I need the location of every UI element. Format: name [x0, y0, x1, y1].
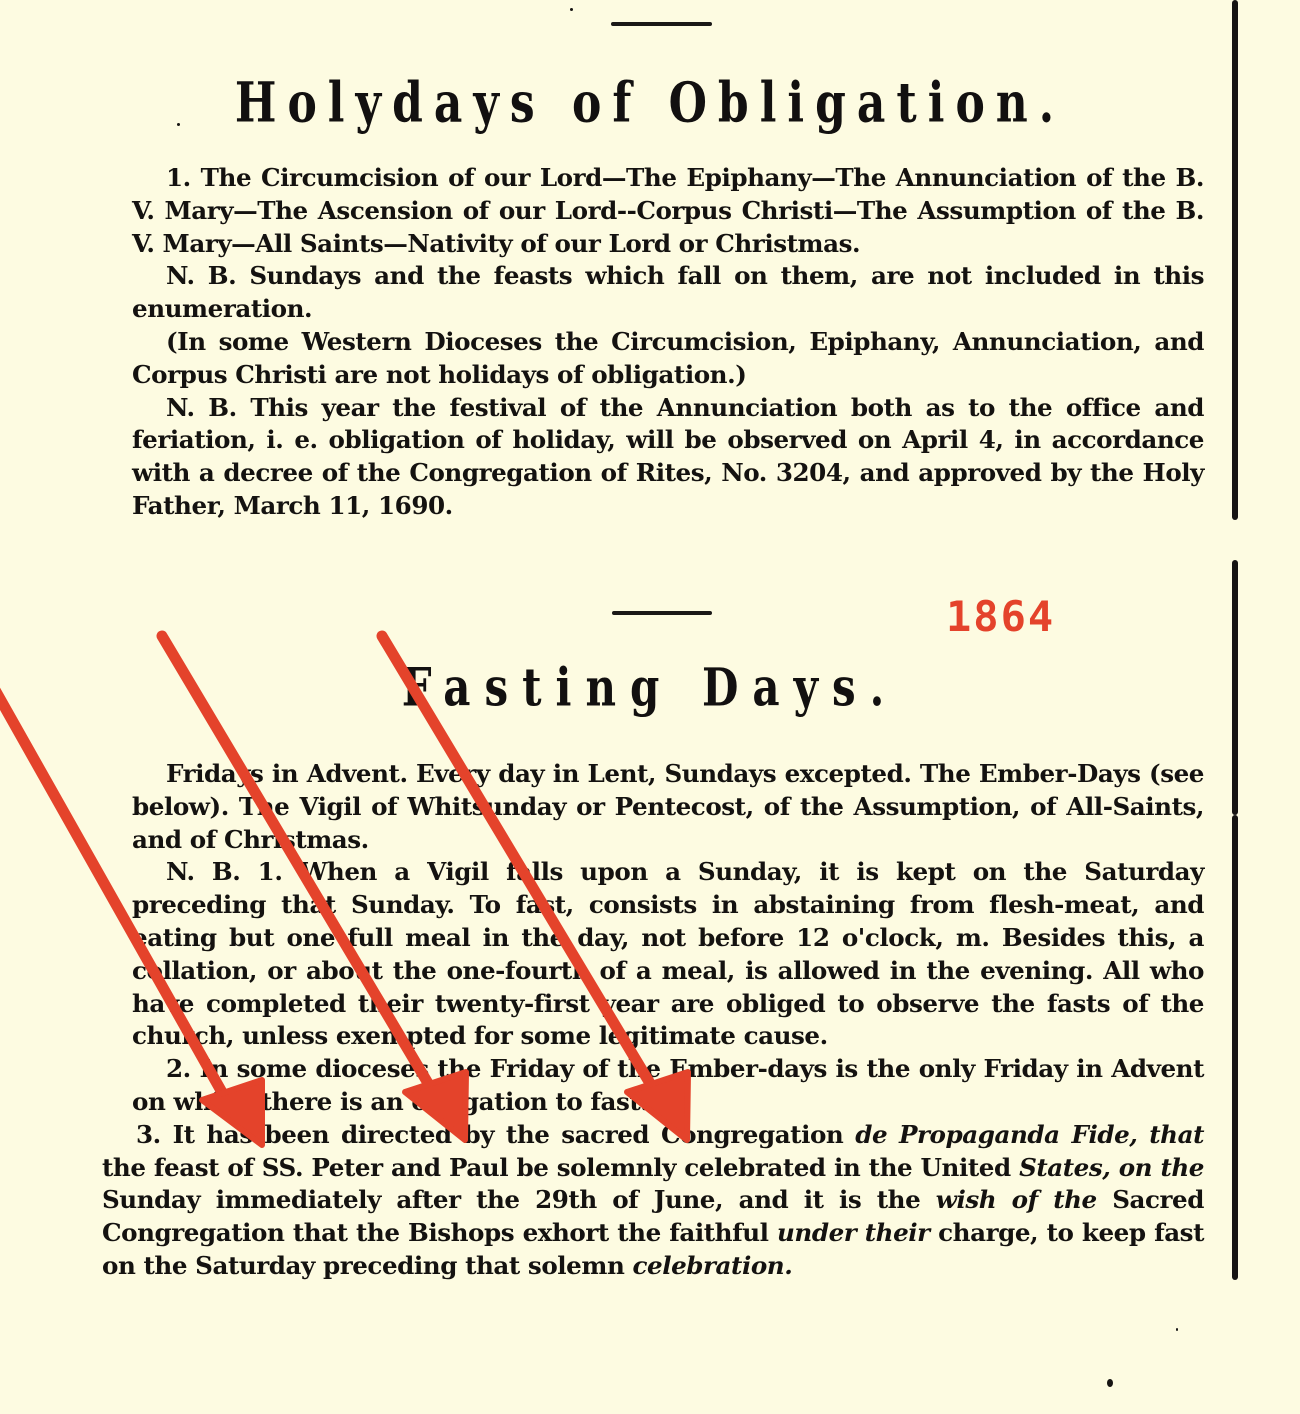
italic-run: States, on the	[1019, 1153, 1204, 1182]
holydays-note-sundays: N. B. Sundays and the feasts which fall …	[132, 260, 1204, 326]
year-annotation-label: 1864	[946, 592, 1055, 641]
fasting-note-ember-friday: 2. In some dioceses the Friday of the Em…	[132, 1053, 1204, 1119]
holydays-note-western-dioceses: (In some Western Dioceses the Circumcisi…	[132, 326, 1204, 392]
italic-run: celebration.	[632, 1251, 792, 1280]
italic-run: de Propaganda Fide,	[855, 1120, 1137, 1149]
italic-run: that	[1149, 1120, 1204, 1149]
fasting-note-propaganda-fide: 3. It has been directed by the sacred Co…	[102, 1119, 1204, 1283]
top-divider-rule	[611, 22, 712, 26]
italic-run: wish of the	[936, 1185, 1097, 1214]
fasting-body: Fridays in Advent. Every day in Lent, Su…	[132, 758, 1204, 1283]
ink-speck	[1176, 1328, 1178, 1331]
italic-run: under their	[777, 1218, 930, 1247]
fasting-note-vigil-rules: N. B. 1. When a Vigil falls upon a Sunda…	[132, 856, 1204, 1053]
fasting-days-list-paragraph: Fridays in Advent. Every day in Lent, Su…	[132, 758, 1204, 856]
text-run: Sunday immediately after the 29th of Jun…	[102, 1185, 936, 1214]
text-run: 3. It has been directed by the sacred Co…	[136, 1120, 855, 1149]
section-title-holydays: Holydays of Obligation.	[0, 72, 1300, 136]
column-rule-lower	[1232, 815, 1238, 1280]
ink-speck	[1107, 1379, 1113, 1387]
holydays-note-annunciation: N. B. This year the festival of the Annu…	[132, 392, 1204, 523]
middle-divider-rule	[612, 611, 712, 615]
holydays-list-paragraph: 1. The Circumcision of our Lord—The Epip…	[132, 162, 1204, 260]
text-run: the feast of SS. Peter and Paul be solem…	[102, 1153, 1019, 1182]
ink-speck	[570, 8, 573, 11]
section-title-fasting-days: Fasting Days.	[0, 657, 1300, 718]
holydays-body: 1. The Circumcision of our Lord—The Epip…	[132, 162, 1204, 523]
